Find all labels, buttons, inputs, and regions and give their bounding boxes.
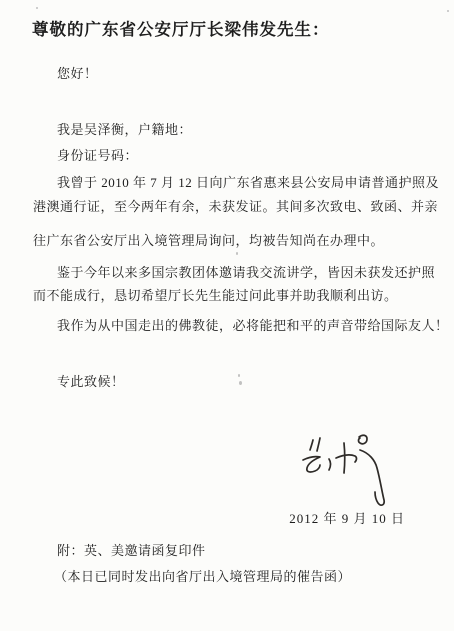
paragraph1-line2: 港澳通行证，至今两年有余，未获发证。其间多次致电、致函、并亲 xyxy=(33,197,423,217)
scan-speckle xyxy=(447,10,449,12)
paragraph1-line3: 往广东省公安厅出入境管理局询问，均被告知尚在办理中。 xyxy=(33,231,384,251)
scan-speckle xyxy=(36,7,38,9)
handwritten-signature xyxy=(282,426,397,511)
scanned-letter-page: 尊敬的广东省公安厅厅长梁伟发先生： 您好！ 我是吴泽衡，户籍地： 身份证号码： … xyxy=(0,0,454,631)
paragraph2-line2: 而不能成行，恳切希望厅长先生能过问此事并助我顺利出访。 xyxy=(33,286,398,306)
paragraph3-line: 我作为从中国走出的佛教徒，必将能把和平的声音带给国际友人！ xyxy=(33,316,423,336)
sender-identity-line: 我是吴泽衡，户籍地： xyxy=(57,120,192,140)
letter-salutation: 尊敬的广东省公安厅厅长梁伟发先生： xyxy=(32,20,330,40)
paragraph1-line1: 我曾于 2010 年 7 月 12 日向广东省惠来县公安局申请普通护照及 xyxy=(33,173,423,193)
letter-date: 2012 年 9 月 10 日 xyxy=(289,508,405,527)
postscript-note: （本日已同时发出向省厅出入境管理局的催告函） xyxy=(54,567,351,587)
sender-id-number-line: 身份证号码： xyxy=(57,146,138,166)
letter-closing: 专此致候！ xyxy=(57,372,125,392)
letter-greeting: 您好！ xyxy=(57,64,98,84)
scan-speckle xyxy=(238,374,240,377)
paragraph2-line1: 鉴于今年以来多国宗教团体邀请我交流讲学，皆因未获发还护照 xyxy=(33,263,423,283)
attachment-note: 附：英、美邀请函复印件 xyxy=(57,541,206,561)
scan-speckle xyxy=(239,381,242,385)
scan-speckle xyxy=(236,252,238,255)
